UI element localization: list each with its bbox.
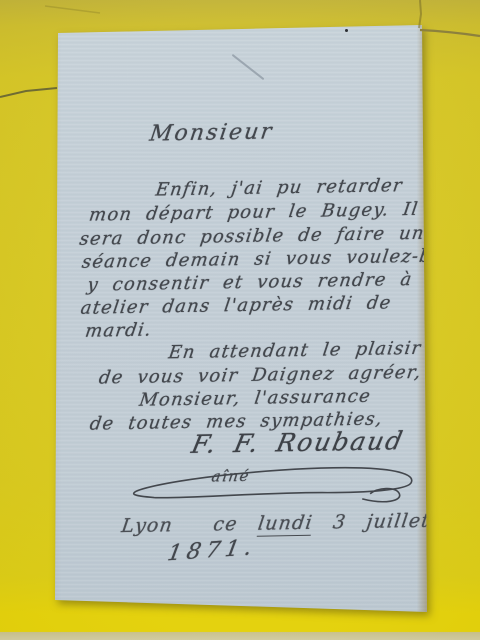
flourish-loop xyxy=(133,466,412,498)
dateline-year: 1871. xyxy=(165,536,258,566)
handwriting-layer: Monsieur Enfin, j'ai pu retarder mon dép… xyxy=(46,17,436,620)
letter-line-6: atelier dans l'après midi de xyxy=(79,291,393,320)
dateline-suffix: 3 juillet xyxy=(311,510,431,534)
paper-sheet: Monsieur Enfin, j'ai pu retarder mon dép… xyxy=(50,20,430,616)
dateline-day: lundi xyxy=(256,512,314,537)
salutation: Monsieur xyxy=(148,120,275,146)
signature-suffix: aîné xyxy=(210,464,252,489)
crease-top-left xyxy=(45,6,100,13)
dateline-prefix: Lyon ce xyxy=(120,513,260,537)
photo-scene: Monsieur Enfin, j'ai pu retarder mon dép… xyxy=(0,0,480,640)
letter-line-7: mardi. xyxy=(83,319,153,344)
thread-left xyxy=(0,88,57,97)
flourish-hook xyxy=(362,488,400,502)
letter-paper: Monsieur Enfin, j'ai pu retarder mon dép… xyxy=(50,20,430,616)
signature: F. F. Roubaud xyxy=(189,429,406,457)
dateline: Lyon ce lundi 3 juillet xyxy=(120,509,432,538)
